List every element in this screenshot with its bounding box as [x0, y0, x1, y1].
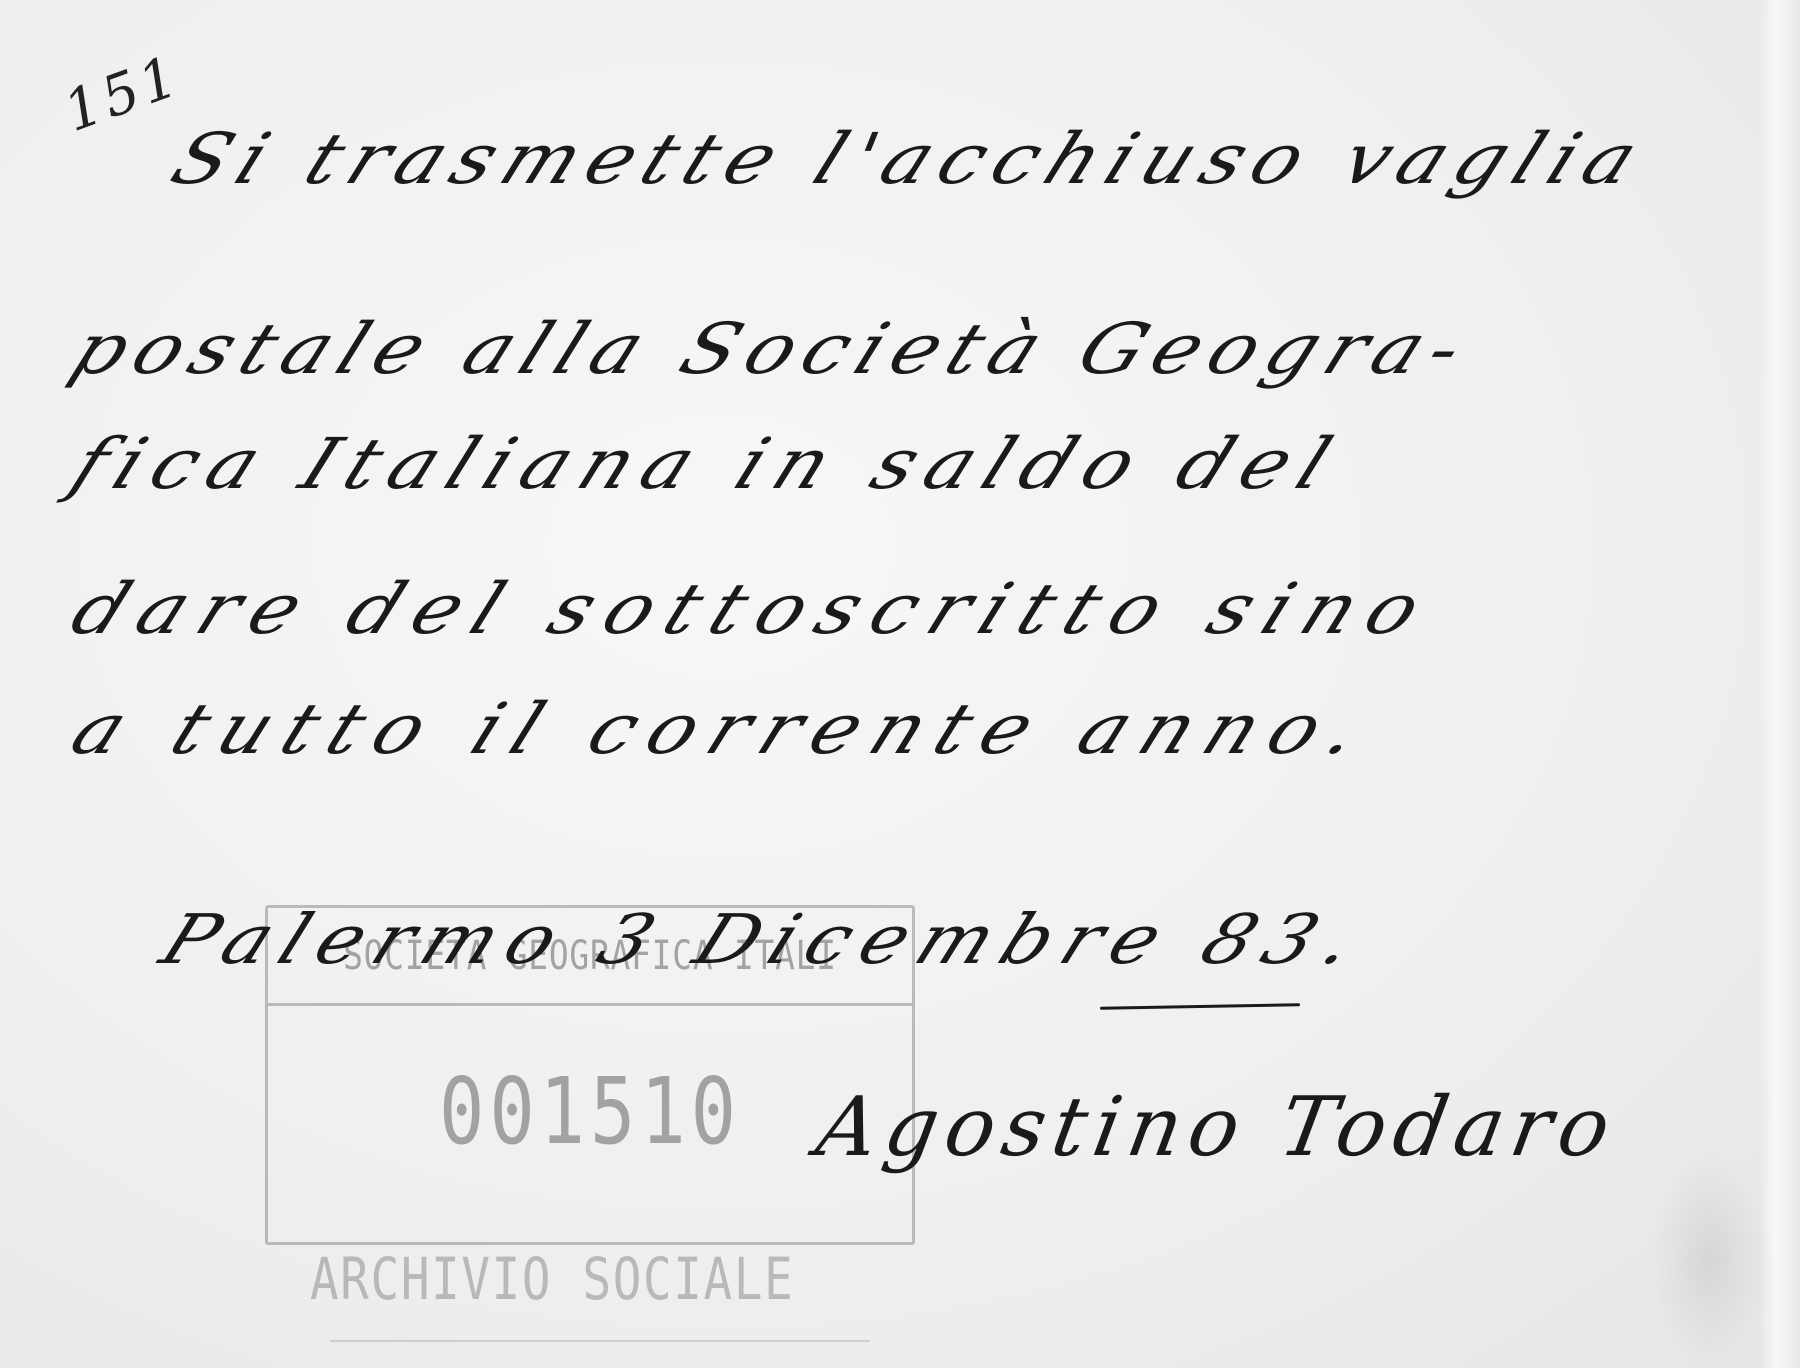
text-line-4: dare del sottoscritto sino [60, 569, 1446, 650]
stamp-archive-number: 001510 [326, 1058, 854, 1165]
text-line-3: fica Italiana in saldo del [60, 424, 1354, 505]
folio-number: 151 [56, 43, 190, 145]
date-line: Palermo 3 Dicembre 83. [150, 899, 1379, 979]
stamp-footer-text: ARCHIVIO SOCIALE [310, 1245, 794, 1313]
text-line-2: postale alla Società Geogra- [60, 309, 1484, 390]
date-flourish-stroke [1100, 1003, 1300, 1009]
text-line-1: Si trasmette l'acchiuso vaglia [160, 119, 1659, 200]
signature: Agostino Todaro [810, 1080, 1625, 1175]
text-line-5: a tutto il corrente anno. [60, 689, 1386, 770]
paper-smudge [1650, 1150, 1770, 1368]
scanned-document: 151 Si trasmette l'acchiuso vaglia posta… [0, 0, 1800, 1368]
stamp-footer-rule [330, 1340, 870, 1342]
